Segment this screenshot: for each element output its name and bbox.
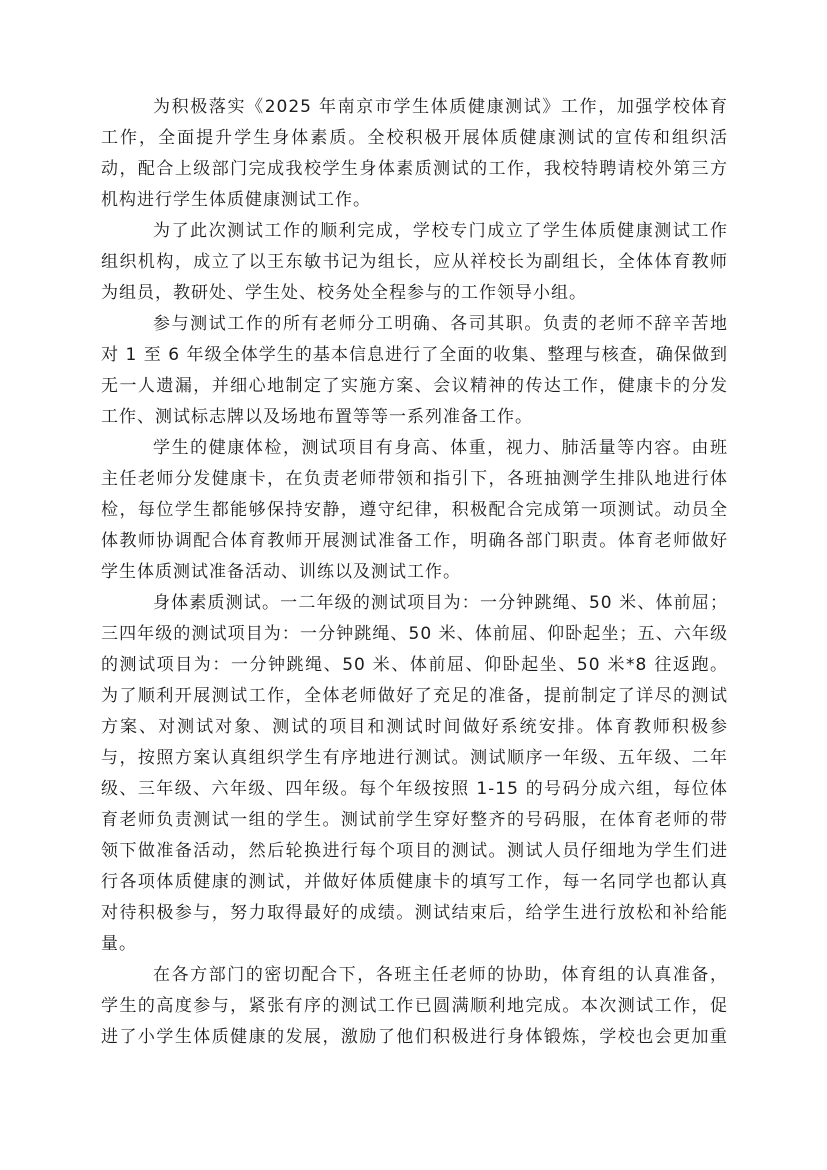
paragraph-summary: 在各方部门的密切配合下，各班主任老师的协助，体育组的认真准备，学生的高度参与，紧… xyxy=(101,960,728,1058)
document-page: 为积极落实《2025 年南京市学生体质健康测试》工作，加强学校体育工作，全面提升… xyxy=(0,0,827,1170)
paragraph-leading-group: 为了此次测试工作的顺利完成，学校专门成立了学生体质健康测试工作组织机构，成立了以… xyxy=(101,216,728,309)
paragraph-health-checkup: 学生的健康体检，测试项目有身高、体重，视力、肺活量等内容。由班主任老师分发健康卡… xyxy=(101,433,728,588)
paragraph-fitness-test-items: 身体素质测试。一二年级的测试项目为：一分钟跳绳、50 米、体前屈；三四年级的测试… xyxy=(101,588,728,960)
paragraph-teacher-preparation: 参与测试工作的所有老师分工明确、各司其职。负责的老师不辞辛苦地对 1 至 6 年… xyxy=(101,309,728,433)
paragraph-intro: 为积极落实《2025 年南京市学生体质健康测试》工作，加强学校体育工作，全面提升… xyxy=(101,92,728,216)
document-text-block: 为积极落实《2025 年南京市学生体质健康测试》工作，加强学校体育工作，全面提升… xyxy=(101,92,728,1058)
